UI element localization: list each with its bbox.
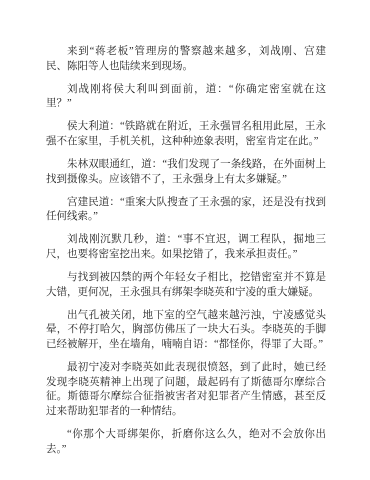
paragraph: 侯大利道：“铁路就在附近，王永强冒名租用此屋，王永强不在家里，手机关机，这种种迹… bbox=[46, 120, 326, 149]
paragraph: 最初宁凌对李晓英如此表现很愤怒，到了此时，她已经发现李晓英精神上出现了问题，最起… bbox=[46, 361, 326, 419]
paragraph: 出气孔被关闭，地下室的空气越来越污浊，宁凌感觉头晕，不停打哈欠，胸部仿佛压了一块… bbox=[46, 309, 326, 353]
ebook-page: 来到“蒋老板”管理房的警察越来越多，刘战刚、宫建民、陈阳等人也陆续来到现场。刘战… bbox=[0, 0, 370, 480]
paragraph: 与找到被囚禁的两个年轻女子相比，挖错密室并不算是大错，更何况，王永强具有绑架李晓… bbox=[46, 271, 326, 300]
paragraph: 宫建民道：“重案大队搜查了王永强的家，还是没有找到任何线索。” bbox=[46, 196, 326, 225]
paragraph: 刘战刚沉默几秒，道：“事不宜迟，调工程队，掘地三尺，也要将密室挖出来。如果挖错了… bbox=[46, 233, 326, 262]
paragraph: “你那个大哥绑架你，折磨你这么久，绝对不会放你出去。” bbox=[46, 428, 326, 457]
paragraph: 刘战刚将侯大利叫到面前，道：“你确定密室就在这里？” bbox=[46, 83, 326, 112]
paragraph: 朱林双眼通红，道：“我们发现了一条线路，在外面树上找到摄像头。应该错不了，王永强… bbox=[46, 158, 326, 187]
paragraph: 来到“蒋老板”管理房的警察越来越多，刘战刚、宫建民、陈阳等人也陆续来到现场。 bbox=[46, 45, 326, 74]
novel-text-block: 来到“蒋老板”管理房的警察越来越多，刘战刚、宫建民、陈阳等人也陆续来到现场。刘战… bbox=[46, 45, 326, 457]
